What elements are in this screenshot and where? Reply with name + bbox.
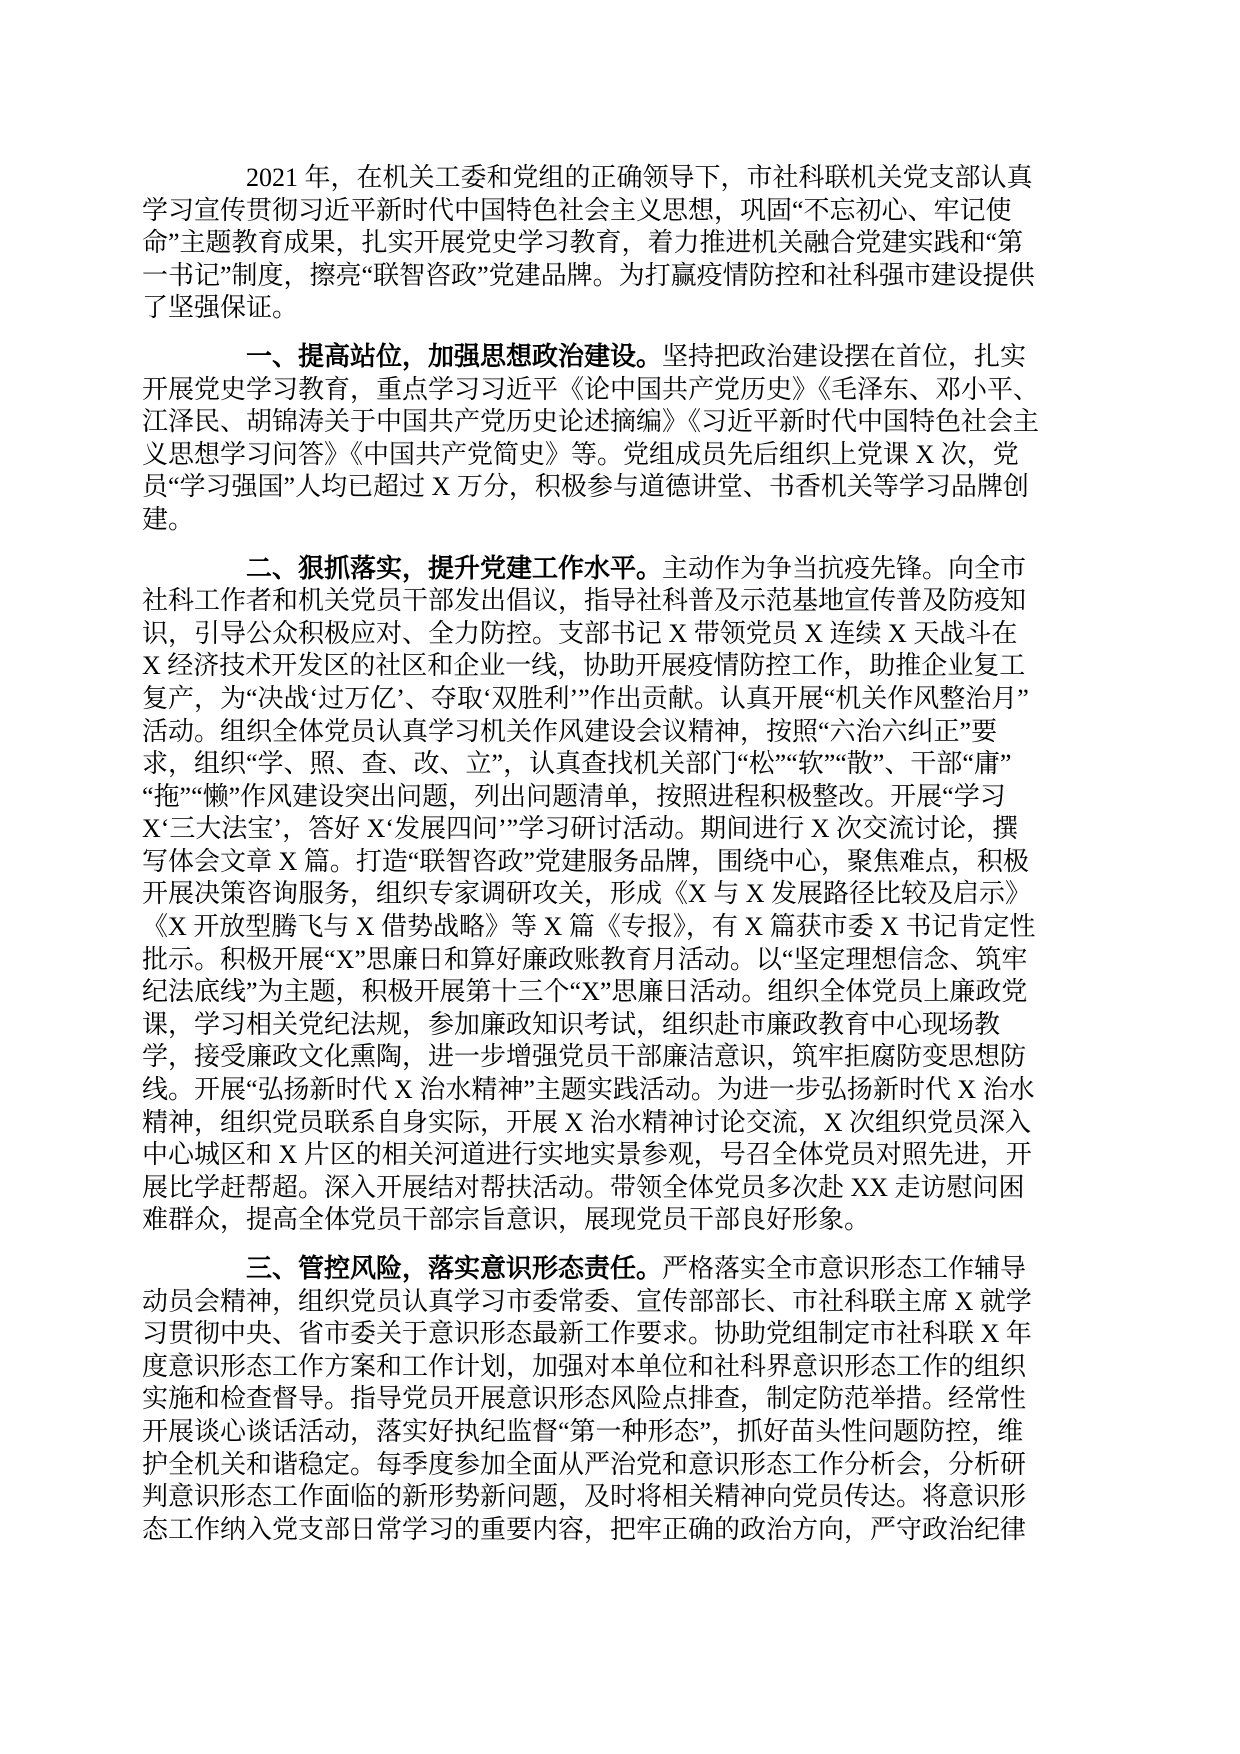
section-1-paragraph: 一、提高站位，加强思想政治建设。坚持把政治建设摆在首位，扎实开展党史学习教育，重… — [142, 341, 1042, 537]
intro-text: 2021 年，在机关工委和党组的正确领导下，市社科联机关党支部认真学习宣传贯彻习… — [142, 163, 1035, 322]
section-2-text: 主动作为争当抗疫先锋。向全市社科工作者和机关党员干部发出倡议，指导社科普及示范基… — [142, 554, 1035, 1235]
document-page: 2021 年，在机关工委和党组的正确领导下，市社科联机关党支部认真学习宣传贯彻习… — [0, 0, 1240, 1754]
section-3-heading: 三、管控风险，落实意识形态责任。 — [246, 1254, 662, 1283]
section-2-heading: 二、狠抓落实，提升党建工作水平。 — [246, 554, 662, 583]
section-3-paragraph: 三、管控风险，落实意识形态责任。严格落实全市意识形态工作辅导动员会精神，组织党员… — [142, 1253, 1042, 1546]
section-1-heading: 一、提高站位，加强思想政治建设。 — [246, 342, 662, 371]
document-body: 2021 年，在机关工委和党组的正确领导下，市社科联机关党支部认真学习宣传贯彻习… — [0, 0, 1240, 1546]
section-3-text: 严格落实全市意识形态工作辅导动员会精神，组织党员认真学习市委常委、宣传部部长、市… — [142, 1254, 1032, 1544]
intro-paragraph: 2021 年，在机关工委和党组的正确领导下，市社科联机关党支部认真学习宣传贯彻习… — [142, 162, 1042, 325]
section-2-paragraph: 二、狠抓落实，提升党建工作水平。主动作为争当抗疫先锋。向全市社科工作者和机关党员… — [142, 553, 1042, 1237]
